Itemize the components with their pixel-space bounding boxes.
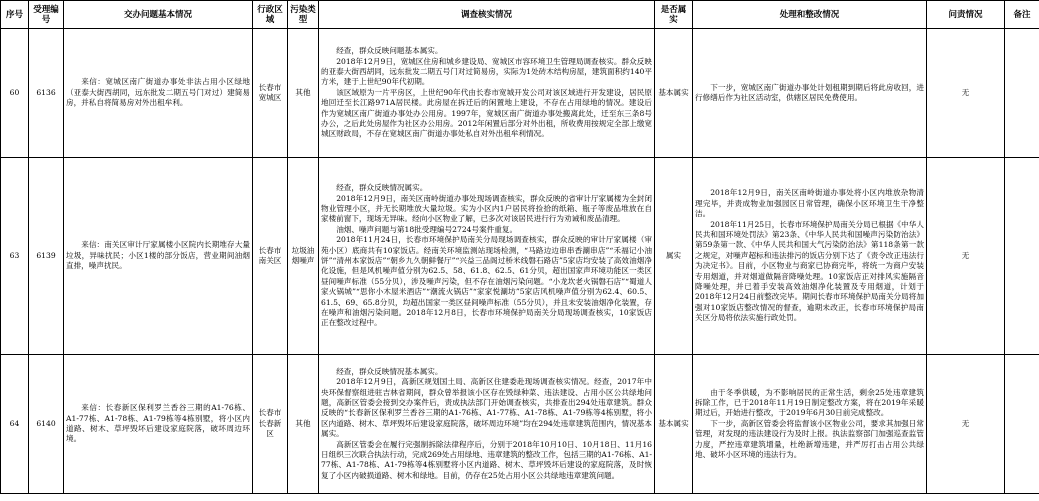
cell-accept-no: 6140 [29, 355, 64, 494]
cell-accept-no: 6136 [29, 29, 64, 158]
header-investigation: 调查核实情况 [319, 1, 655, 29]
handling-paragraph: 下一步，高新区管委会将监督该小区物业公司，要求其加强日常管理，对发现的违法建设行… [695, 419, 924, 461]
investigation-paragraph: 2018年12月9日，南关区南岭街道办事处现场调查核实，群众反映的省审计厅家属楼… [321, 194, 652, 225]
investigation-paragraph: 经查，群众反映情况基本属实。 [321, 367, 652, 377]
cell-verified: 基本属实 [655, 29, 693, 158]
cell-handling: 由于冬季供暖，为不影响居民的正常生活，剩余25处违章建筑拆除工作，已于2018年… [693, 355, 927, 494]
cell-issue: 来信：长春新区保利罗兰香谷三期的A1-76栋、A1-77栋、A1-78栋、A1-… [64, 355, 253, 494]
header-row: 序号 受理编号 交办问题基本情况 行政区域 污染类型 调查核实情况 是否属实 处… [1, 1, 1039, 29]
cell-investigation: 经查，群众反映情况属实。 2018年12月9日，南关区南岭街道办事处现场调查核实… [319, 158, 655, 355]
issue-text: 来信：南关区审计厅家属楼小区院内长期堆存大量垃圾，异味扰民；小区1楼的部分饭店，… [66, 240, 250, 271]
cell-pollution-type: 垃圾油烟噪声 [288, 158, 319, 355]
cell-accountability: 无 [927, 158, 1005, 355]
investigation-paragraph: 2018年11月24日，长春市环境保护局南关分局现场调查核实，群众反映的审计厅家… [321, 235, 652, 329]
cell-district: 长春市长春新区 [253, 355, 288, 494]
cell-accountability: 无 [927, 29, 1005, 158]
investigation-paragraph: 经查，群众反映情况属实。 [321, 183, 652, 193]
investigation-paragraph: 2018年12月9日，宽城区住房和城乡建设局、宽城区市容环境卫生管理局调查核实。… [321, 57, 652, 88]
header-seq: 序号 [1, 1, 29, 29]
cell-remarks [1005, 29, 1039, 158]
handling-paragraph: 下一步，宽城区南广街道办事处计划租期到期后将此房收回，进行修缮后作为社区活动室，… [695, 83, 924, 104]
cell-verified: 属实 [655, 158, 693, 355]
header-accountability: 问责情况 [927, 1, 1005, 29]
cell-pollution-type: 其他 [288, 355, 319, 494]
cell-district: 长春市宽城区 [253, 29, 288, 158]
cell-issue: 来信：宽城区南广街道办事处非法占用小区绿地（亚泰大街西胡同，远东批发二期五号门对… [64, 29, 253, 158]
cell-pollution-type: 其他 [288, 29, 319, 158]
cell-issue: 来信：南关区审计厅家属楼小区院内长期堆存大量垃圾，异味扰民；小区1楼的部分饭店，… [64, 158, 253, 355]
cell-remarks [1005, 355, 1039, 494]
cell-handling: 下一步，宽城区南广街道办事处计划租期到期后将此房收回，进行修缮后作为社区活动室，… [693, 29, 927, 158]
handling-paragraph: 2018年12月9日，南关区南岭街道办事处将小区内堆放杂物清理完毕，并责成物业加… [695, 188, 924, 219]
cell-verified: 基本属实 [655, 355, 693, 494]
investigation-paragraph: 该区域原为一片平房区，上世纪90年代由长春市宽城开发公司对该区域进行开发建设，居… [321, 88, 652, 140]
handling-paragraph: 2018年11月25日，长春市环境保护局南关分局已根据《中华人民共和国环境处罚法… [695, 220, 924, 324]
investigation-paragraph: 油烟、噪声问题与第18批受理编号2724号案件重复。 [321, 225, 652, 235]
issue-text: 来信：长春新区保利罗兰香谷三期的A1-76栋、A1-77栋、A1-78栋、A1-… [66, 403, 250, 445]
investigation-paragraph: 2018年12月9日，高新区规划国土局、高新区住建委赴现场调查核实情况。经查，2… [321, 377, 652, 439]
cell-seq: 60 [1, 29, 29, 158]
cell-district: 长春市南关区 [253, 158, 288, 355]
header-handling: 处理和整改情况 [693, 1, 927, 29]
table-row: 64 6140 来信：长春新区保利罗兰香谷三期的A1-76栋、A1-77栋、A1… [1, 355, 1039, 494]
header-district: 行政区域 [253, 1, 288, 29]
issue-text: 来信：宽城区南广街道办事处非法占用小区绿地（亚泰大街西胡同，远东批发二期五号门对… [66, 77, 250, 108]
cell-investigation: 经查，群众反映问题基本属实。 2018年12月9日，宽城区住房和城乡建设局、宽城… [319, 29, 655, 158]
header-issue: 交办问题基本情况 [64, 1, 253, 29]
cell-accept-no: 6139 [29, 158, 64, 355]
header-pollution-type: 污染类型 [288, 1, 319, 29]
header-accept-no: 受理编号 [29, 1, 64, 29]
case-table: 序号 受理编号 交办问题基本情况 行政区域 污染类型 调查核实情况 是否属实 处… [0, 0, 1039, 494]
header-remarks: 备注 [1005, 1, 1039, 29]
cell-seq: 64 [1, 355, 29, 494]
table-row: 63 6139 来信：南关区审计厅家属楼小区院内长期堆存大量垃圾，异味扰民；小区… [1, 158, 1039, 355]
cell-handling: 2018年12月9日，南关区南岭街道办事处将小区内堆放杂物清理完毕，并责成物业加… [693, 158, 927, 355]
table-row: 60 6136 来信：宽城区南广街道办事处非法占用小区绿地（亚泰大街西胡同，远东… [1, 29, 1039, 158]
cell-accountability: 无 [927, 355, 1005, 494]
investigation-paragraph: 经查，群众反映问题基本属实。 [321, 46, 652, 56]
cell-remarks [1005, 158, 1039, 355]
handling-paragraph: 由于冬季供暖，为不影响居民的正常生活，剩余25处违章建筑拆除工作，已于2018年… [695, 388, 924, 419]
cell-investigation: 经查，群众反映情况基本属实。 2018年12月9日，高新区规划国土局、高新区住建… [319, 355, 655, 494]
cell-seq: 63 [1, 158, 29, 355]
investigation-paragraph: 高新区管委会在履行完强制拆除法律程序后，分别于2018年10月10日、10月18… [321, 440, 652, 482]
header-verified: 是否属实 [655, 1, 693, 29]
